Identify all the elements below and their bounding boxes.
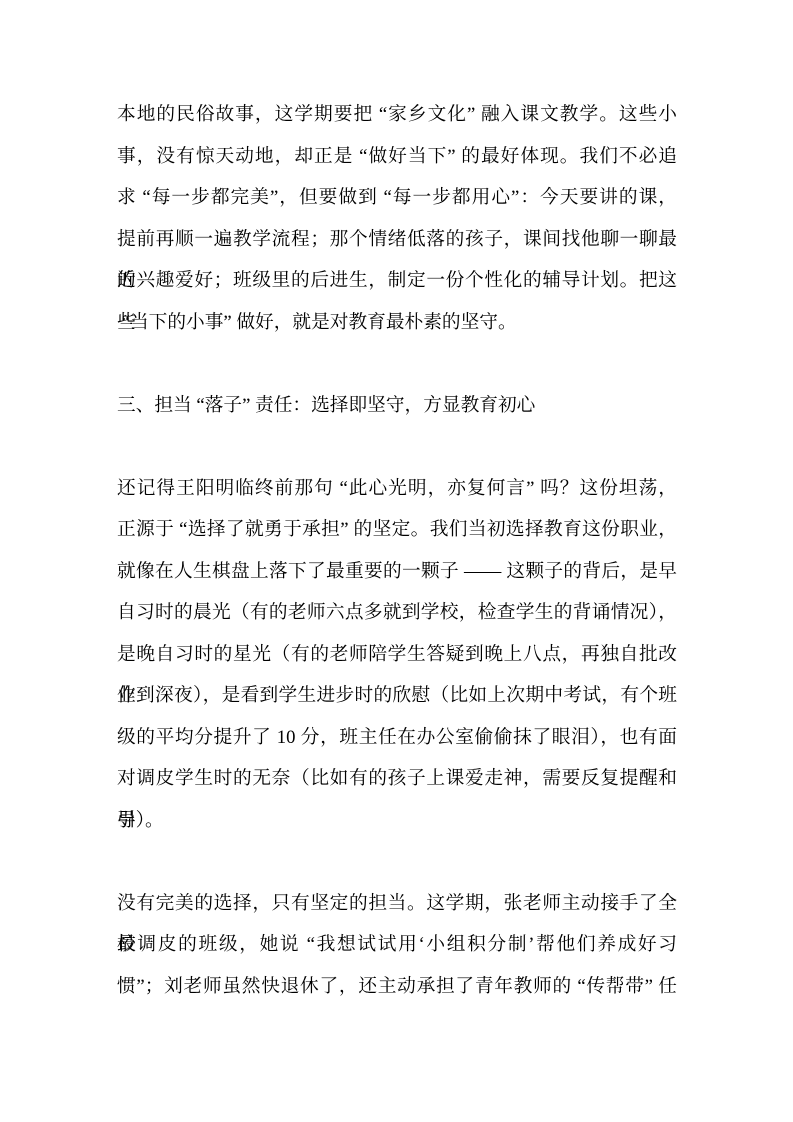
text-line: 提前再顺一遍教学流程；那个情绪低落的孩子，课间找他聊一聊最近	[117, 219, 677, 261]
blank-line	[117, 426, 677, 468]
text-line: 正源于 “选择了就勇于承担” 的坚定。我们当初选择教育这份职业，	[117, 509, 677, 551]
text-line: 没有完美的选择，只有坚定的担当。这学期，张老师主动接手了全校	[117, 883, 677, 925]
text-line: 最调皮的班级，她说 “我想试试用‘小组积分制’帮他们养成好习	[117, 924, 677, 966]
heading-line: 三、担当 “落子” 责任：选择即坚守，方显教育初心	[117, 385, 677, 427]
section-heading: 三、担当 “落子” 责任：选择即坚守，方显教育初心	[117, 385, 677, 427]
blank-line	[117, 343, 677, 385]
text-line: 惯”；刘老师虽然快退休了，还主动承担了青年教师的 “传帮带” 任	[117, 966, 677, 1008]
paragraph: 还记得王阳明临终前那句 “此心光明，亦复何言” 吗？这份坦荡，正源于 “选择了就…	[117, 468, 677, 842]
text-line: 就像在人生棋盘上落下了最重要的一颗子 —— 这颗子的背后，是早	[117, 551, 677, 593]
paragraph: 没有完美的选择，只有坚定的担当。这学期，张老师主动接手了全校最调皮的班级，她说 …	[117, 883, 677, 1008]
text-line: 事，没有惊天动地，却正是 “做好当下” 的最好体现。我们不必追	[117, 136, 677, 178]
document-page: 本地的民俗故事，这学期要把 “家乡文化” 融入课文教学。这些小事，没有惊天动地，…	[0, 0, 793, 1122]
text-line: 是晚自习时的星光（有的老师陪学生答疑到晚上八点，再独自批改作	[117, 634, 677, 676]
blank-line	[117, 841, 677, 883]
text-line: “当下的小事” 做好，就是对教育最朴素的坚守。	[117, 302, 677, 344]
text-line: 对调皮学生时的无奈（比如有的孩子上课爱走神，需要反复提醒和引	[117, 758, 677, 800]
text-line: 的兴趣爱好；班级里的后进生，制定一份个性化的辅导计划。把这些	[117, 260, 677, 302]
text-line: 本地的民俗故事，这学期要把 “家乡文化” 融入课文教学。这些小	[117, 94, 677, 136]
paragraph: 本地的民俗故事，这学期要把 “家乡文化” 融入课文教学。这些小事，没有惊天动地，…	[117, 94, 677, 343]
text-line: 导）。	[117, 800, 677, 842]
text-line: 求 “每一步都完美”，但要做到 “每一步都用心”：今天要讲的课，	[117, 177, 677, 219]
text-content: 本地的民俗故事，这学期要把 “家乡文化” 融入课文教学。这些小事，没有惊天动地，…	[117, 94, 677, 1007]
text-line: 级的平均分提升了 10 分，班主任在办公室偷偷抹了眼泪），也有面	[117, 717, 677, 759]
text-line: 业到深夜），是看到学生进步时的欣慰（比如上次期中考试，有个班	[117, 675, 677, 717]
text-line: 还记得王阳明临终前那句 “此心光明，亦复何言” 吗？这份坦荡，	[117, 468, 677, 510]
text-line: 自习时的晨光（有的老师六点多就到学校，检查学生的背诵情况），	[117, 592, 677, 634]
